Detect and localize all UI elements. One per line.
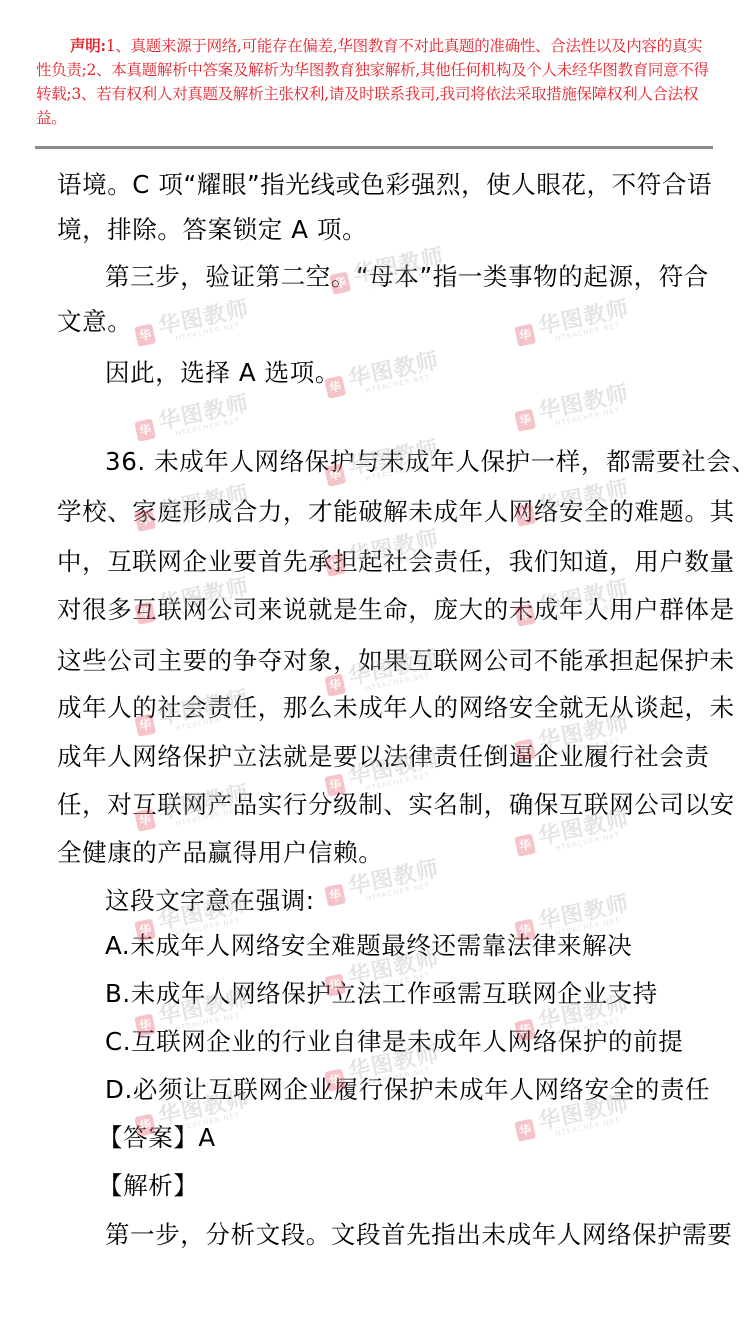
watermark-logo-icon: 华 [134,323,156,346]
prev-analysis-line: 第三步，验证第二空。“母本”指一类事物的起源，符合 [105,262,709,292]
disclaimer-notice: 声明:1、真题来源于网络,可能存在偏差,华图教育不对此真题的准确性、合法性以及内… [36,34,716,130]
question-stem-line: 全健康的产品赢得用户信赖。 [57,838,383,868]
watermark-logo-icon: 华 [514,323,536,346]
prev-analysis-line: 境，排除。答案锁定 A 项。 [57,215,367,245]
question-stem-line: 学校、家庭形成合力，才能破解未成年人网络安全的难题。其 [57,497,735,527]
question-stem-line: 中，互联网企业要首先承担起社会责任，我们知道，用户数量 [57,547,735,577]
header-divider [35,146,713,149]
question-prompt: 这段文字意在强调: [105,886,315,916]
question-stem-line: 这些公司主要的争夺对象，如果互联网公司不能承担起保护未 [57,646,735,676]
watermark-logo-icon: 华 [324,883,346,906]
question-stem-line: 对很多互联网公司来说就是生命，庞大的未成年人用户群体是 [57,595,735,625]
watermark-logo-icon: 华 [134,418,156,441]
answer-label: 【答案】A [98,1123,216,1153]
option-d: D.必须让互联网企业履行保护未成年人网络安全的责任 [105,1075,710,1105]
prev-analysis-conclusion: 因此，选择 A 选项。 [105,358,340,388]
question-stem-line: 成年人的社会责任，那么未成年人的网络安全就无从谈起，未 [57,693,735,723]
option-b: B.未成年人网络保护立法工作亟需互联网企业支持 [105,979,658,1009]
disclaimer-text: 1、真题来源于网络,可能存在偏差,华图教育不对此真题的准确性、合法性以及内容的真… [36,37,709,127]
watermark: 华 华图教师HTEACHER.NET [133,393,253,445]
option-a: A.未成年人网络安全难题最终还需靠法律来解决 [105,931,632,961]
prev-analysis-line: 语境。C 项“耀眼”指光线或色彩强烈，使人眼花，不符合语 [57,170,712,200]
watermark-logo-icon: 华 [514,1118,536,1141]
question-stem-line: 36. 未成年人网络保护与未成年人保护一样，都需要社会、 [105,447,748,477]
watermark: 华 华图教师HTEACHER.NET [133,298,253,350]
prev-analysis-line: 文意。 [57,307,132,337]
watermark: 华 华图教师HTEACHER.NET [513,383,633,435]
watermark-logo-icon: 华 [514,408,536,431]
option-c: C.互联网企业的行业自律是未成年人网络保护的前提 [105,1027,683,1057]
watermark: 华 华图教师HTEACHER.NET [513,298,633,350]
watermark: 华 华图教师HTEACHER.NET [323,350,443,402]
analysis-line: 第一步，分析文段。文段首先指出未成年人网络保护需要 [105,1220,733,1250]
analysis-label: 【解析】 [98,1171,198,1201]
question-stem-line: 任，对互联网产品实行分级制、实名制，确保互联网公司以安 [57,790,735,820]
watermark-logo-icon: 华 [514,833,536,856]
disclaimer-label: 声明: [70,36,106,55]
question-stem-line: 成年人网络保护立法就是要以法律责任倒逼企业履行社会责 [57,742,710,772]
